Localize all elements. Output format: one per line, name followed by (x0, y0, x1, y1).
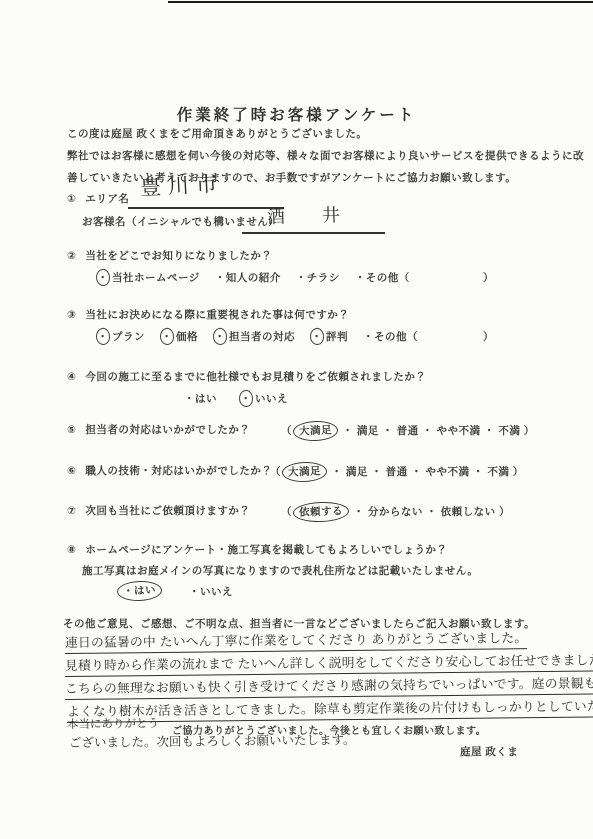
q3-option1-selection-circle: ・ (95, 327, 111, 346)
q8-option-yes-selection-circle: ・はい (117, 580, 163, 602)
q2-question: ②当社をどこでお知りになりましたか？ (67, 248, 272, 263)
q3-option3-selection-circle: ・ (212, 327, 228, 346)
q2-option1-selection-circle: ・ (95, 268, 111, 287)
q4-question-text: 今回の施工に至るまでに他社様でもお見積りをご依頼されましたか？ (85, 371, 426, 383)
q3-option-other-close-paren: ） (483, 329, 494, 344)
q4-number: ④ (67, 371, 76, 383)
q2-option-other-close-paren: ） (483, 270, 494, 285)
q6-number: ⑥ (67, 465, 76, 477)
q4-question: ④今回の施工に至るまでに他社様でもお見積りをご依頼されましたか？ (67, 369, 426, 384)
q5-question: ⑤担当者の対応はいかがでしたか？ (67, 422, 250, 437)
q8-option-no: ・いいえ (189, 584, 233, 599)
page-title: 作業終了時お客様アンケート (0, 103, 593, 125)
q8-question-text: ホームページにアンケート・施工写真を掲載してもよろしいでしょうか？ (85, 544, 447, 556)
q2-option-flyer: ・チラシ (296, 270, 340, 285)
q2-option-other: ・その他（ (355, 270, 410, 285)
q5-number: ⑤ (67, 424, 76, 436)
q7-number: ⑦ (67, 505, 76, 517)
q3-option-staff-response: 担当者の対応 (229, 329, 295, 344)
q3-option-reputation: 評判 (326, 329, 348, 344)
q3-option-price: 価格 (176, 329, 198, 344)
q6-answer-scale: （大満足 ・ 満足 ・ 普通 ・ やや不満 ・ 不満 ） (270, 462, 524, 482)
q1-area-label-text: エリア名 (85, 193, 129, 205)
q3-option2-selection-circle: ・ (159, 327, 175, 346)
q6-scale-rest: ・ 満足 ・ 普通 ・ やや不満 ・ 不満 ） (331, 466, 523, 478)
q7-open-paren: （ (281, 506, 292, 518)
q1-area-underline (128, 207, 284, 209)
q1-name-label: お客様名（イニシャルでも構いません） (82, 214, 279, 229)
q2-option-referral: ・知人の紹介 (215, 270, 281, 285)
q3-option4-selection-circle: ・ (309, 327, 325, 346)
q8-options-row: ・はい ・いいえ (116, 581, 233, 601)
q7-scale-rest: ・ 分からない ・ 依頼しない ） (353, 506, 510, 518)
q2-options-row: ・ 当社ホームページ ・知人の紹介 ・チラシ ・その他（ ） (96, 269, 494, 286)
q7-answer-scale: （依頼する ・ 分からない ・ 依頼しない ） (281, 502, 510, 522)
q5-answer-scale: （大満足 ・ 満足 ・ 普通 ・ やや不満 ・ 不満 ） (281, 421, 535, 441)
q2-question-text: 当社をどこでお知りになりましたか？ (85, 250, 272, 262)
q5-scale-rest: ・ 満足 ・ 普通 ・ やや不満 ・ 不満 ） (342, 425, 534, 437)
q6-question-text: 職人の技術・対応はいかがでしたか？ (85, 465, 272, 477)
q8-number: ⑧ (67, 544, 76, 556)
q8-note: 施工写真はお庭メインの写真になりますので表札住所などは記載いたしません。 (82, 563, 478, 578)
intro-line-2: 弊社ではお客様に感想を伺い今後の対応等、様々な面でお客様により良いサービスを提供… (67, 148, 584, 163)
footer-thanks: ご協力ありがとうございました。今後とも宜しくお願い致します。 (172, 722, 486, 737)
q5-open-paren: （ (281, 425, 292, 437)
q6-open-paren: （ (270, 466, 281, 478)
company-signature: 庭屋 政くま (460, 744, 518, 759)
q1-area-handwritten-value: 豊川市 (139, 168, 224, 202)
q3-option-other: ・その他（ (363, 329, 418, 344)
q3-option-plan: プラン (112, 329, 145, 344)
q3-question-text: 当社にお決めになる際に重要視された事は何ですか？ (85, 309, 349, 321)
q6-question: ⑥職人の技術・対応はいかがでしたか？ (67, 463, 272, 478)
q4-options-row: ・はい ・ いいえ (184, 390, 288, 407)
q1-name-underline (242, 232, 385, 234)
q5-selected-answer-circle: 大満足 (293, 420, 339, 442)
q3-question: ③当社にお決めになる際に重要視された事は何ですか？ (67, 307, 349, 322)
q4-option-no-selection-circle: ・ (238, 389, 254, 408)
q1-number: ① (67, 193, 76, 205)
q7-question: ⑦次回も当社にご依頼頂けますか？ (67, 503, 250, 518)
q2-number: ② (67, 250, 76, 262)
q1-name-handwritten-value: 酒 井 (267, 201, 357, 229)
survey-scan-page: 作業終了時お客様アンケート この度は庭屋 政くまをご用命頂きありがとうございまし… (0, 0, 593, 839)
intro-line-3: 善していきたいと考えておりますので、お手数ですがアンケートにご協力お願い致します… (67, 170, 516, 185)
q5-question-text: 担当者の対応はいかがでしたか？ (85, 424, 250, 436)
q3-options-row: ・ プラン ・ 価格 ・ 担当者の対応 ・ 評判 ・その他（ ） (96, 328, 494, 345)
comment-handwritten-line-5: 本当にありがとう (67, 715, 159, 732)
intro-line-1: この度は庭屋 政くまをご用命頂きありがとうございました。 (67, 126, 367, 141)
q3-number: ③ (67, 309, 76, 321)
q2-option-homepage: 当社ホームページ (112, 270, 200, 285)
q7-selected-answer-circle: 依頼する (293, 501, 350, 523)
q6-selected-answer-circle: 大満足 (282, 461, 328, 483)
q4-option-no: いいえ (255, 391, 288, 406)
q4-option-yes: ・はい (184, 391, 217, 406)
q1-area-label: ①エリア名 (67, 191, 129, 206)
q8-question: ⑧ホームページにアンケート・施工写真を掲載してもよろしいでしょうか？ (67, 542, 448, 557)
q7-question-text: 次回も当社にご依頼頂けますか？ (85, 505, 250, 517)
scan-edge-line (168, 1, 593, 3)
